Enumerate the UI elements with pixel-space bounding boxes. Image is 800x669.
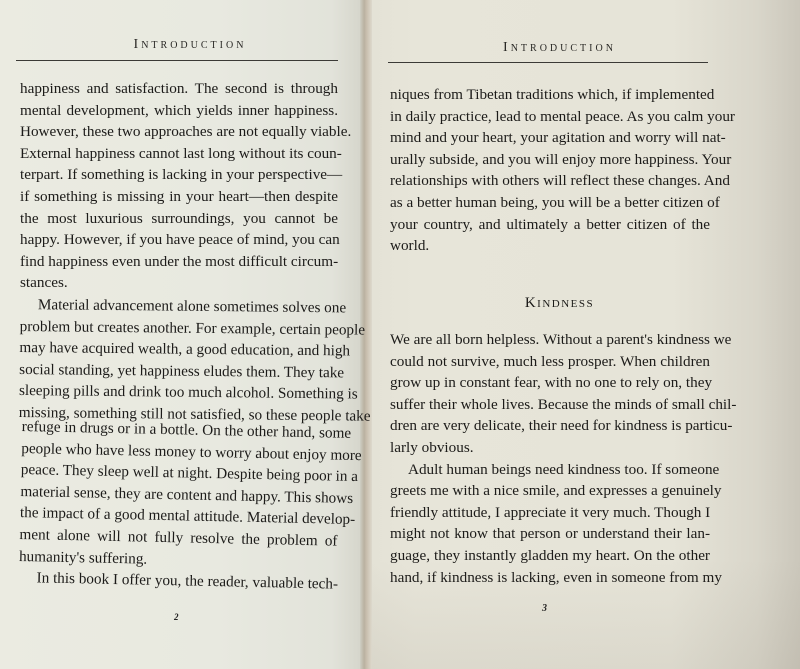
left-page: Introduction happiness and satisfaction.… <box>0 0 360 669</box>
text-line: could not survive, much less prosper. Wh… <box>390 351 710 373</box>
text-line: in daily practice, lead to mental peace.… <box>390 106 710 128</box>
text-line: may have acquired wealth, a good educati… <box>19 337 337 362</box>
text-line: find happiness even under the most diffi… <box>20 251 338 273</box>
text-line: We are all born helpless. Without a pare… <box>390 329 710 351</box>
right-intro-paragraph: niques from Tibetan traditions which, if… <box>390 84 710 257</box>
text-line: terpart. If something is lacking in your… <box>20 164 338 186</box>
text-line: larly obvious. <box>390 437 710 459</box>
text-line: Material advancement alone sometimes sol… <box>20 294 338 319</box>
text-line: as a better human being, you will be a b… <box>390 192 710 214</box>
running-head-right: Introduction <box>472 40 647 56</box>
kindness-paragraphs: We are all born helpless. Without a pare… <box>390 329 710 588</box>
left-paragraph-1: happiness and satisfaction. The second i… <box>20 78 338 294</box>
text-line: mind and your heart, your agitation and … <box>390 127 710 149</box>
text-line: stances. <box>20 272 338 294</box>
text-line: hand, if kindness is lacking, even in so… <box>390 567 710 589</box>
page-number-right: 3 <box>542 603 547 614</box>
text-line: greets me with a nice smile, and express… <box>390 480 710 502</box>
text-line: world. <box>390 235 710 257</box>
header-rule-right <box>388 62 708 63</box>
text-line: External happiness cannot last long with… <box>20 143 338 165</box>
text-line: grow up in constant fear, with no one to… <box>390 372 710 394</box>
text-line: dren are very delicate, their need for k… <box>390 415 710 437</box>
text-line: Adult human beings need kindness too. If… <box>390 459 710 481</box>
section-heading-kindness: Kindness <box>472 295 647 312</box>
text-line: niques from Tibetan traditions which, if… <box>390 84 710 106</box>
left-paragraph-2a: Material advancement alone sometimes sol… <box>19 294 338 427</box>
text-line: However, these two approaches are not eq… <box>20 121 338 143</box>
text-line: happy. However, if you have peace of min… <box>20 229 338 251</box>
book-spread: Introduction happiness and satisfaction.… <box>0 0 800 669</box>
text-line: the most luxurious surroundings, you can… <box>20 208 338 230</box>
text-line: friendly attitude, I appreciate it very … <box>390 502 710 524</box>
text-line: happiness and satisfaction. The second i… <box>20 78 338 100</box>
text-line: urally subside, and you will enjoy more … <box>390 149 710 171</box>
text-line: if something is missing in your heart—th… <box>20 186 338 208</box>
text-line: mental development, which yields inner h… <box>20 100 338 122</box>
right-page: Introduction niques from Tibetan traditi… <box>372 0 800 669</box>
left-paragraph-2b: refuge in drugs or in a bottle. On the o… <box>18 416 340 595</box>
text-line: might not know that person or understand… <box>390 523 710 545</box>
text-line: guage, they instantly gladden my heart. … <box>390 545 710 567</box>
header-rule-left <box>16 60 338 61</box>
running-head-left: Introduction <box>100 37 280 53</box>
text-line: relationships with others will reflect t… <box>390 170 710 192</box>
text-line: suffer their whole lives. Because the mi… <box>390 394 710 416</box>
text-line: your country, and ultimately a better ci… <box>390 214 710 236</box>
page-number-left: 2 <box>174 612 179 622</box>
